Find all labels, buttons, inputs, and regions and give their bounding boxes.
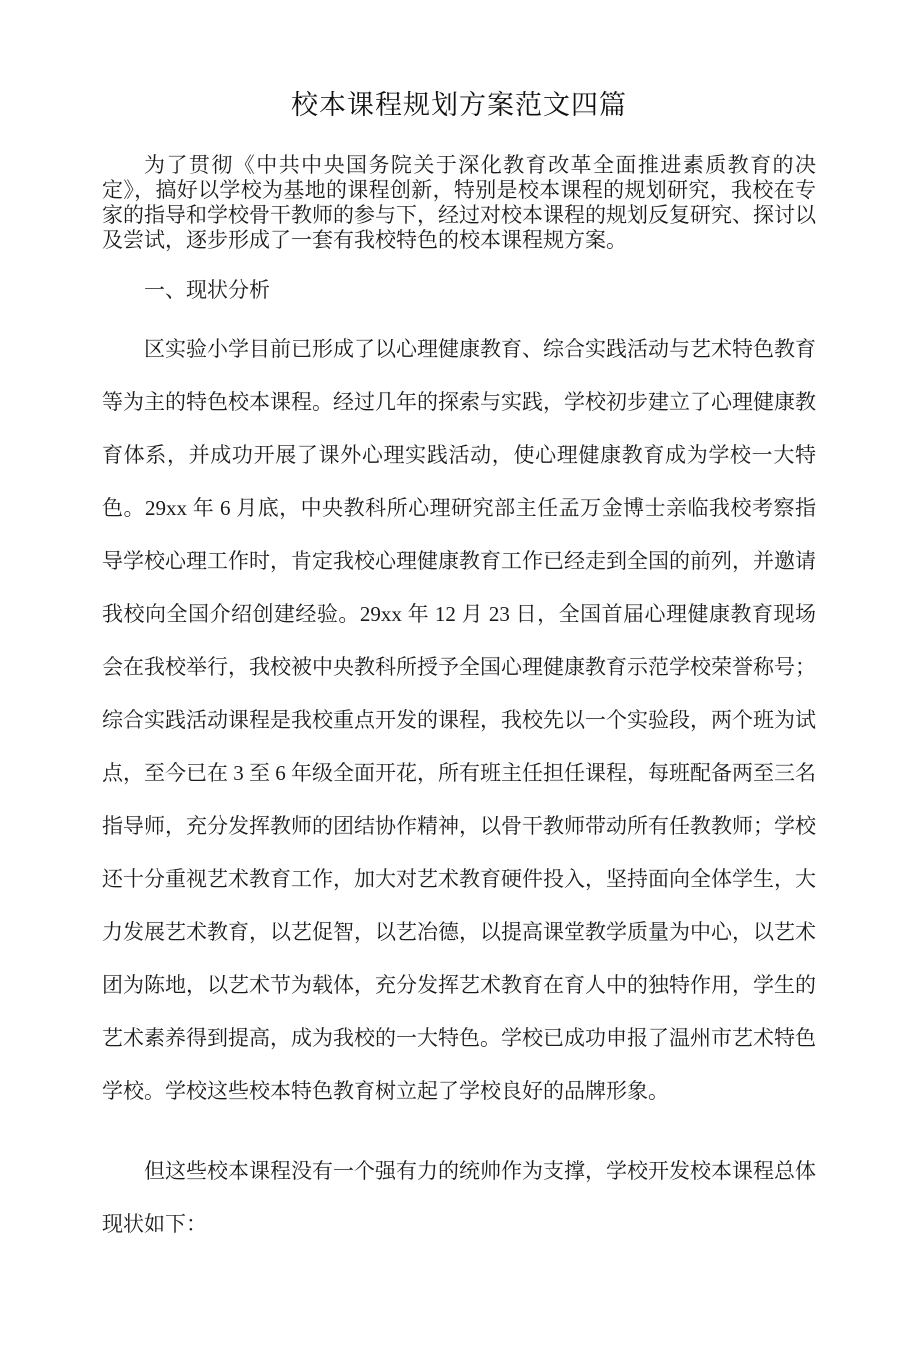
document-title: 校本课程规划方案范文四篇	[102, 88, 816, 122]
intro-paragraph: 为了贯彻《中共中央国务院关于深化教育改革全面推进素质教育的决定》，搞好以学校为基…	[102, 153, 816, 253]
section-1-note-paragraph: 但这些校本课程没有一个强有力的统帅作为支撑，学校开发校本课程总体现状如下：	[102, 1145, 816, 1251]
section-1-heading: 一、现状分析	[102, 278, 816, 302]
document-page: 校本课程规划方案范文四篇 为了贯彻《中共中央国务院关于深化教育改革全面推进素质教…	[0, 0, 920, 1348]
section-1-body-paragraph: 区实验小学目前已形成了以心理健康教育、综合实践活动与艺术特色教育等为主的特色校本…	[102, 323, 816, 1118]
